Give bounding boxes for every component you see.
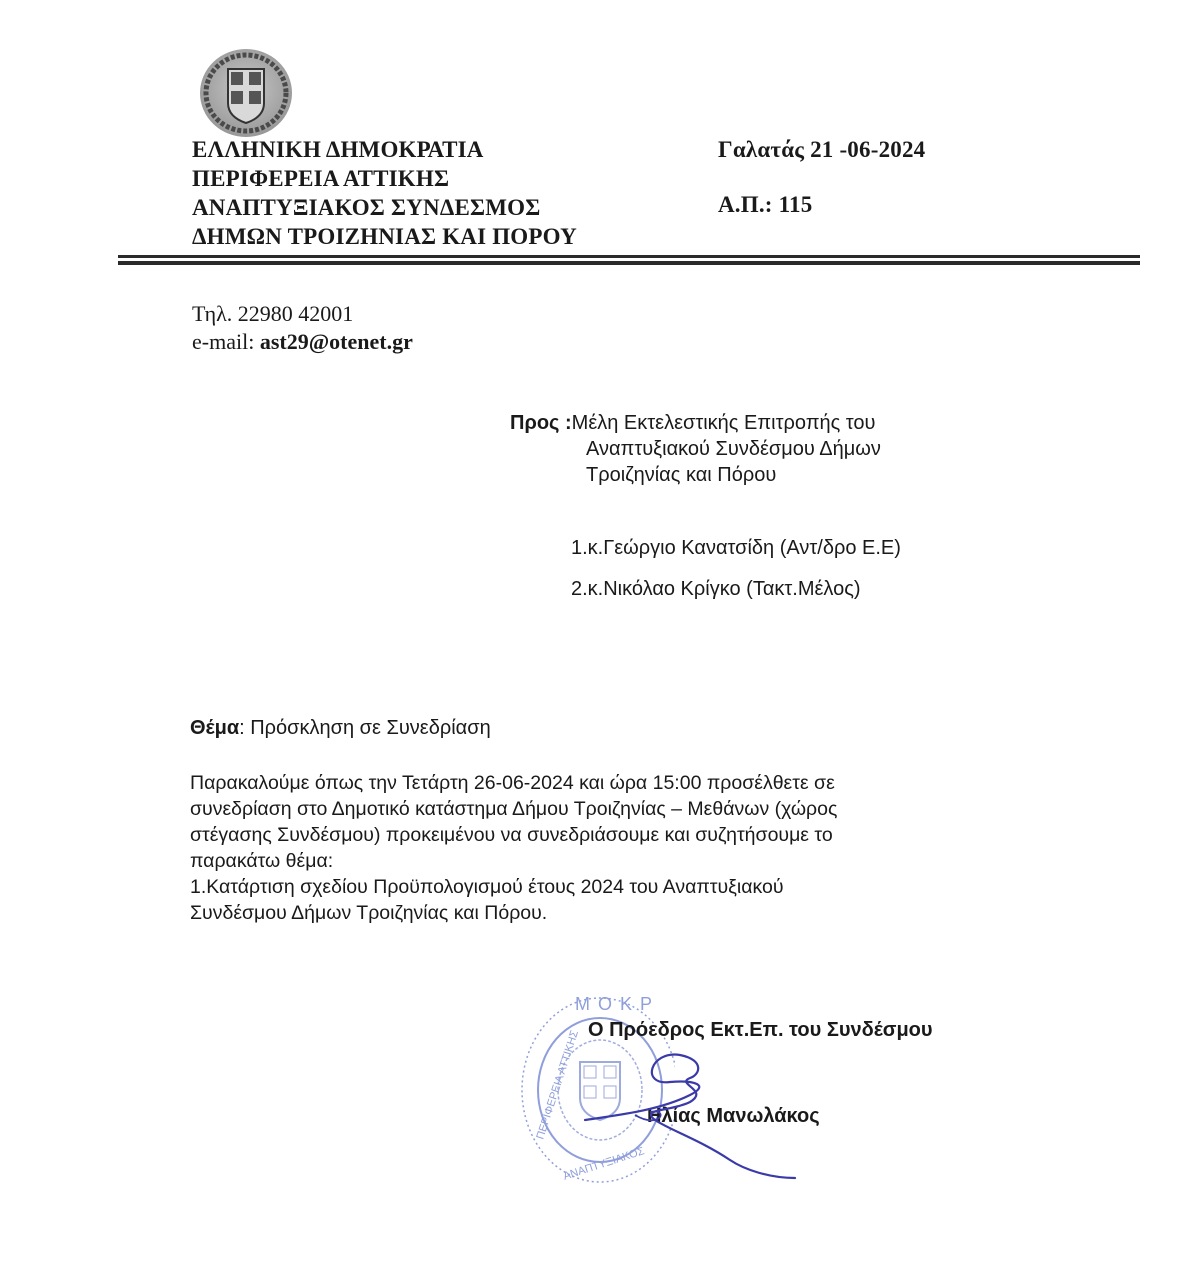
body-line: συνεδρίαση στο Δημοτικό κατάστημα Δήμου … [190,796,1050,822]
body-line: Παρακαλούμε όπως την Τετάρτη 26-06-2024 … [190,770,1050,796]
subject-line: Θέμα: Πρόσκληση σε Συνεδρίαση [190,715,491,741]
body-line: στέγασης Συνδέσμου) προκειμένου να συνεδ… [190,822,1050,848]
phone-number: Τηλ. 22980 42001 [192,300,413,328]
recipient-line: Αναπτυξιακού Συνδέσμου Δήμων [510,436,881,462]
header-divider [118,255,1140,258]
body-line: 1.Κατάρτιση σχεδίου Προϋπολογισμού έτους… [190,874,1050,900]
contact-info: Τηλ. 22980 42001 e-mail: ast29@otenet.gr [192,300,413,356]
recipient-line: Μέλη Εκτελεστικής Επιτροπής του [572,412,876,434]
subject-text: : Πρόσκληση σε Συνεδρίαση [239,717,491,739]
svg-text:ΠΕΡΙΦΕΡΕΙΑ ΑΤΤΙΚΗΣ: ΠΕΡΙΦΕΡΕΙΑ ΑΤΤΙΚΗΣ [534,1029,581,1141]
email-link[interactable]: ast29@otenet.gr [260,329,413,354]
handwritten-signature-icon [580,1020,800,1180]
org-line: ΔΗΜΩΝ ΤΡΟΙΖΗΝΙΑΣ ΚΑΙ ΠΟΡΟΥ [192,222,577,251]
email-line: e-mail: ast29@otenet.gr [192,328,413,356]
recipient-member: 1.κ.Γεώργιο Κανατσίδη (Αντ/δρο Ε.Ε) [571,535,901,561]
recipient-member: 2.κ.Νικόλαο Κρίγκο (Τακτ.Μέλος) [571,576,861,602]
header-divider [118,261,1140,265]
svg-text:ΜΟΚΡ: ΜΟΚΡ [575,994,660,1014]
org-line: ΑΝΑΠΤΥΞΙΑΚΟΣ ΣΥΝΔΕΣΜΟΣ [192,193,577,222]
greek-coat-of-arms-icon [198,45,298,145]
protocol-number: Α.Π.: 115 [718,190,812,219]
recipient-line: Τροιζηνίας και Πόρου [510,462,881,488]
recipients-block: Προς :Μέλη Εκτελεστικής Επιτροπής του Αν… [510,410,881,488]
letter-body: Παρακαλούμε όπως την Τετάρτη 26-06-2024 … [190,770,1050,926]
place-date: Γαλατάς 21 -06-2024 [718,135,925,164]
org-line: ΠΕΡΙΦΕΡΕΙΑ ΑΤΤΙΚΗΣ [192,164,577,193]
organization-header: ΕΛΛΗΝΙΚΗ ΔΗΜΟΚΡΑΤΙΑ ΠΕΡΙΦΕΡΕΙΑ ΑΤΤΙΚΗΣ Α… [192,135,577,251]
org-line: ΕΛΛΗΝΙΚΗ ΔΗΜΟΚΡΑΤΙΑ [192,135,577,164]
body-line: παρακάτω θέμα: [190,848,1050,874]
body-line: Συνδέσμου Δήμων Τροιζηνίας και Πόρου. [190,900,1050,926]
recipients-label: Προς : [510,412,572,434]
email-label: e-mail: [192,329,260,354]
subject-label: Θέμα [190,717,239,739]
